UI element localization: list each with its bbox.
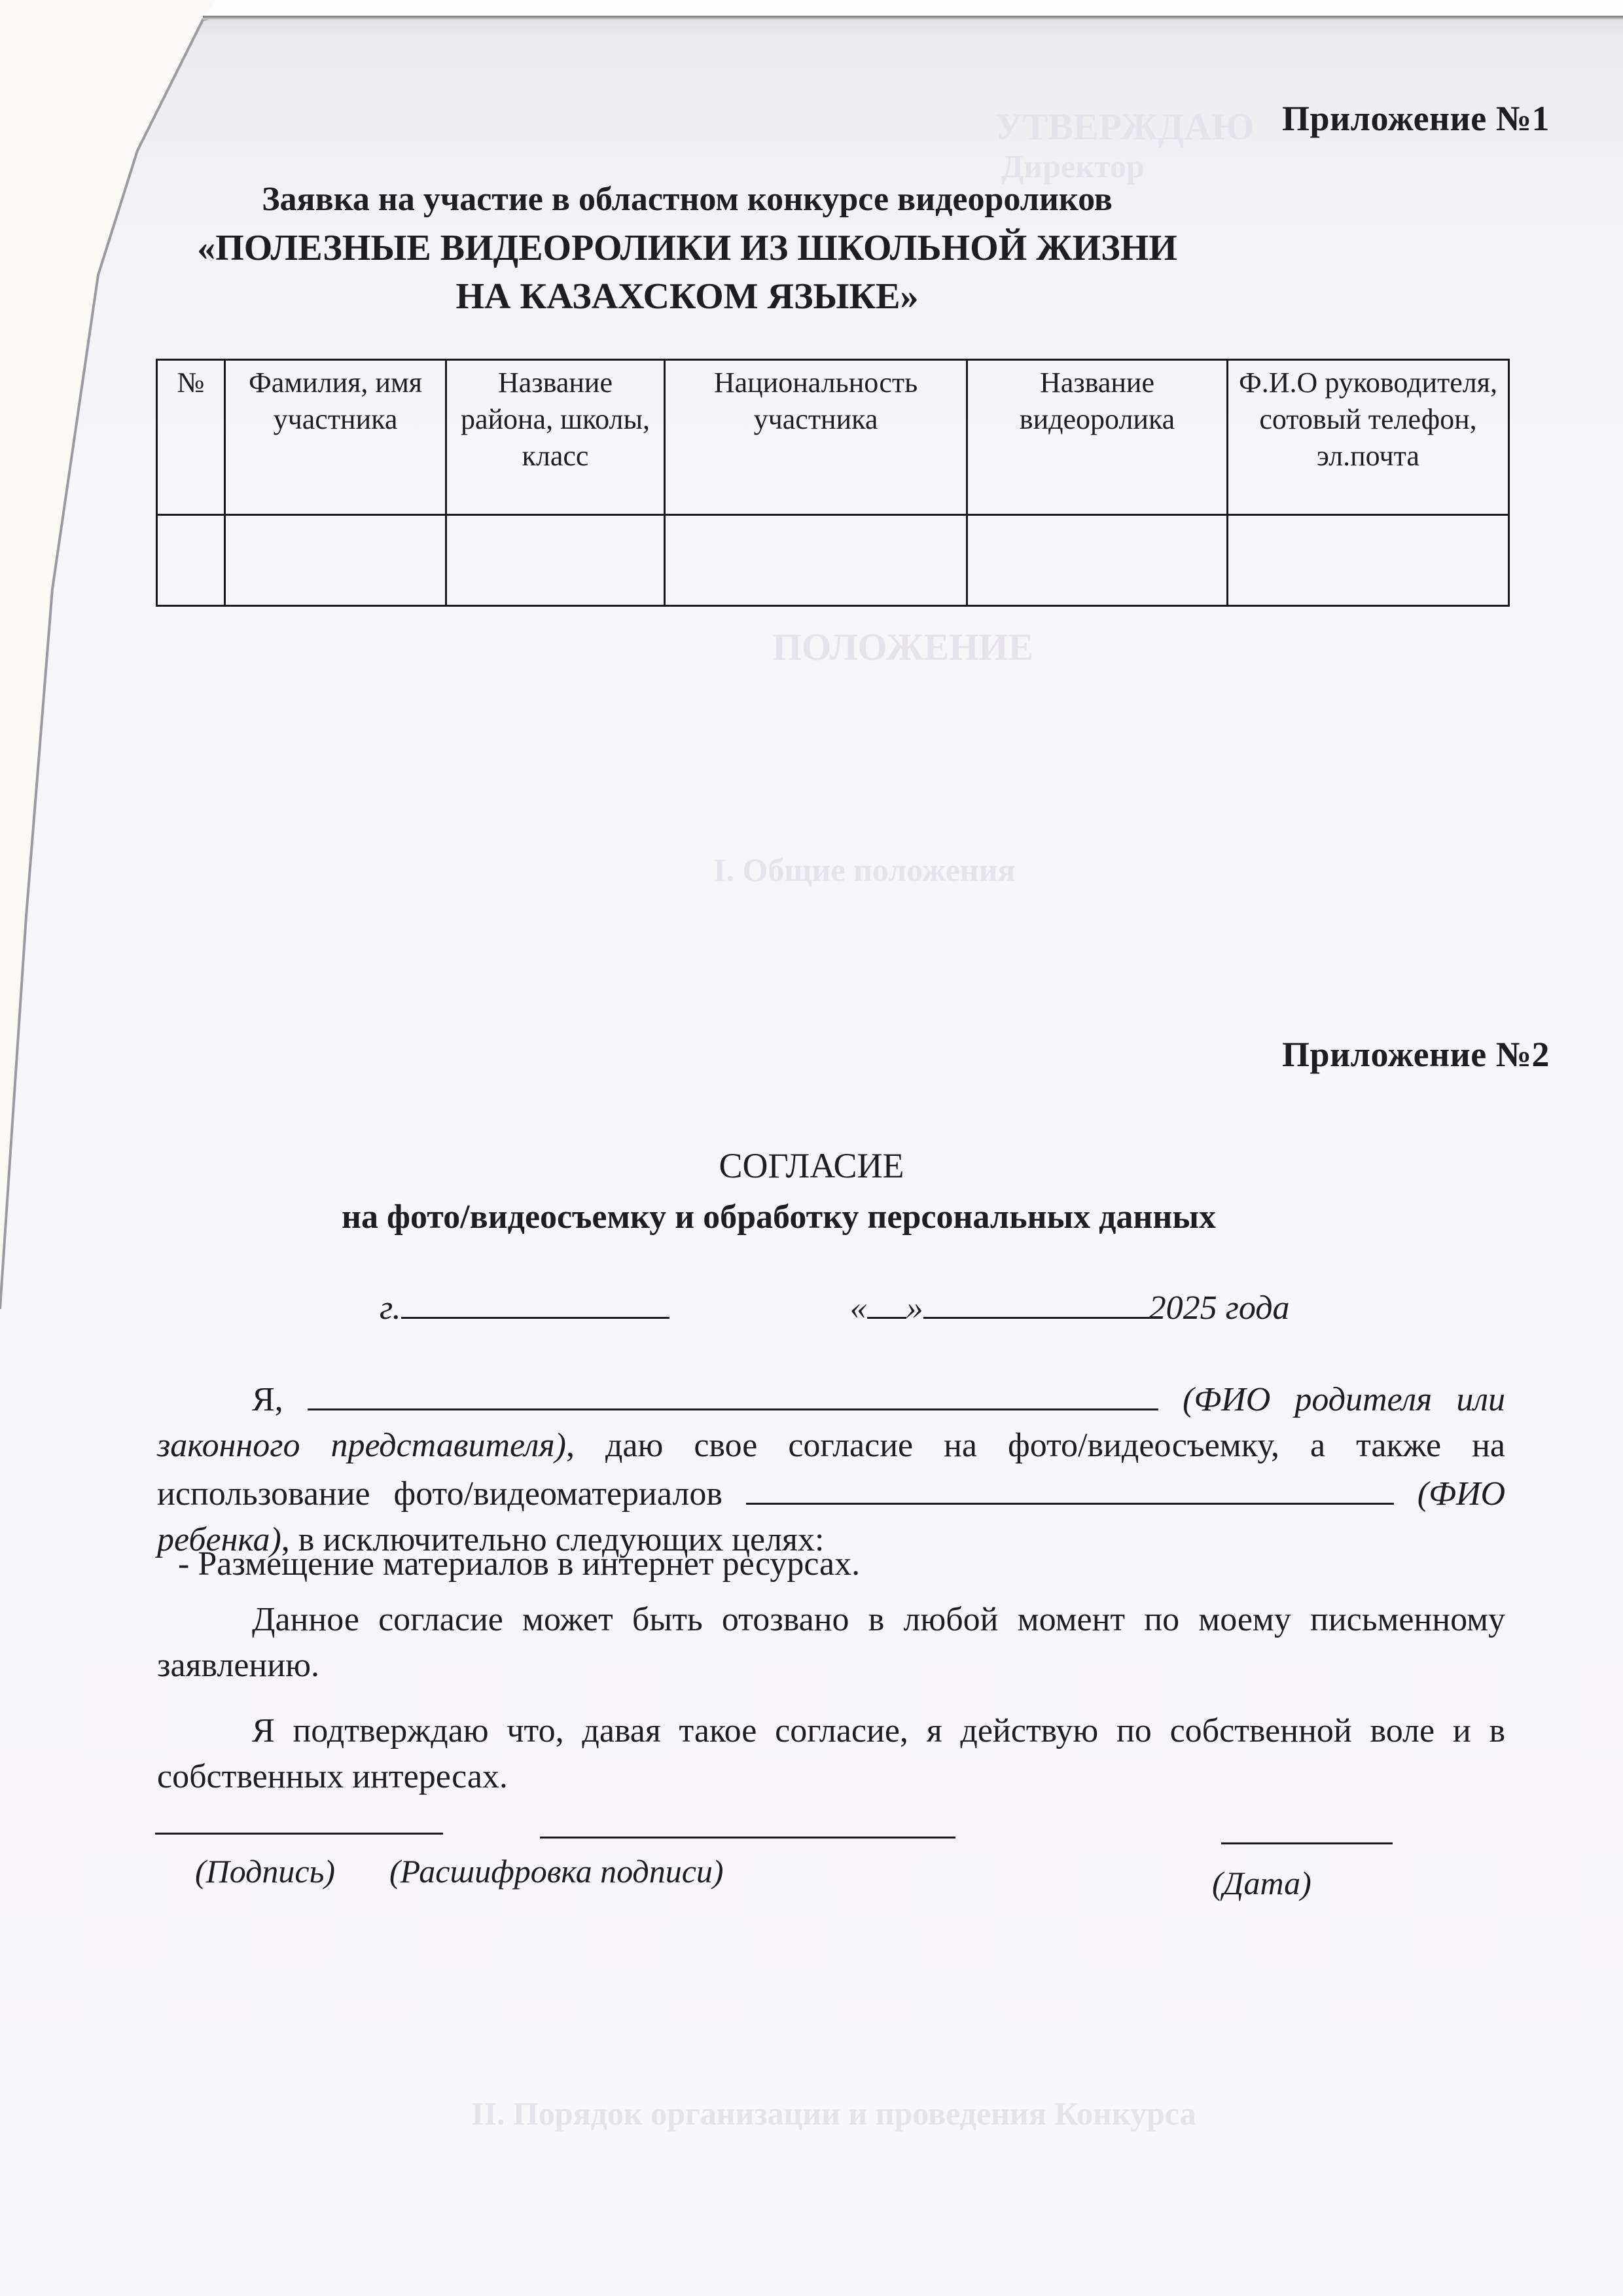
page-top-edge <box>203 16 1623 20</box>
consent-subheading: на фото/видеосъемку и обработку персонал… <box>151 1198 1407 1236</box>
table-row <box>157 515 1509 606</box>
child-name-field[interactable] <box>746 1469 1394 1505</box>
bleed-text: УТВЕРЖДАЮ <box>995 105 1254 149</box>
consent-paragraph-1: Я, (ФИО родителя или законного представи… <box>157 1374 1505 1563</box>
annex-1-label: Приложение №1 <box>1282 98 1550 139</box>
cell-district-school-class[interactable] <box>446 515 665 606</box>
quote-open: « <box>850 1289 867 1327</box>
quote-close: » <box>906 1289 923 1327</box>
signature-decode-field[interactable] <box>540 1837 955 1839</box>
parent-name-field[interactable] <box>308 1374 1158 1410</box>
bleed-text: I. Общие положения <box>713 851 1015 889</box>
application-table: № Фамилия, имя участника Название района… <box>156 359 1510 607</box>
city-prefix: г. <box>380 1289 401 1327</box>
col-participant-name: Фамилия, имя участника <box>225 360 446 515</box>
application-title: Заявка на участие в областном конкурсе в… <box>157 175 1217 321</box>
consent-heading: СОГЛАСИЕ <box>0 1145 1623 1186</box>
signature-label: (Подпись) <box>195 1852 335 1890</box>
bleed-text: II. Порядок организации и проведения Кон… <box>471 2094 1196 2132</box>
cell-video-title[interactable] <box>967 515 1228 606</box>
col-number: № <box>157 360 225 515</box>
consent-paragraph-3: Я подтверждаю что, давая такое согласие,… <box>157 1708 1505 1800</box>
cell-number[interactable] <box>157 515 225 606</box>
col-supervisor-contacts: Ф.И.О руководителя, сотовый телефон, эл.… <box>1228 360 1509 515</box>
annex-2-label: Приложение №2 <box>1282 1034 1550 1075</box>
signature-decode-label: (Расшифровка подписи) <box>389 1852 724 1890</box>
month-field[interactable] <box>923 1283 1149 1319</box>
title-line-2: «ПОЛЕЗНЫЕ ВИДЕОРОЛИКИ ИЗ ШКОЛЬНОЙ ЖИЗНИ <box>157 224 1217 272</box>
bleed-text: ПОЛОЖЕНИЕ <box>772 625 1033 669</box>
day-field[interactable] <box>867 1283 906 1319</box>
date-field[interactable] <box>1221 1842 1393 1844</box>
scan-top-margin <box>0 0 1623 17</box>
title-line-3: НА КАЗАХСКОМ ЯЗЫКЕ» <box>157 272 1217 321</box>
col-nationality: Национальность участника <box>665 360 967 515</box>
city-field[interactable] <box>401 1283 669 1319</box>
signature-field[interactable] <box>155 1833 443 1835</box>
year-suffix: 2025 года <box>1149 1289 1290 1327</box>
purpose-item: - Размещение материалов в интернет ресур… <box>178 1541 860 1587</box>
date-label: (Дата) <box>1212 1864 1311 1902</box>
table-header-row: № Фамилия, имя участника Название района… <box>157 360 1509 515</box>
paragraph-start: Я, <box>252 1381 283 1418</box>
col-district-school-class: Название района, школы, класс <box>446 360 665 515</box>
col-video-title: Название видеоролика <box>967 360 1228 515</box>
cell-supervisor-contacts[interactable] <box>1228 515 1509 606</box>
date-line: г. «»2025 года <box>380 1283 1290 1331</box>
cell-participant-name[interactable] <box>225 515 446 606</box>
consent-paragraph-2: Данное согласие может быть отозвано в лю… <box>157 1597 1505 1689</box>
title-line-1: Заявка на участие в областном конкурсе в… <box>157 175 1217 224</box>
cell-nationality[interactable] <box>665 515 967 606</box>
